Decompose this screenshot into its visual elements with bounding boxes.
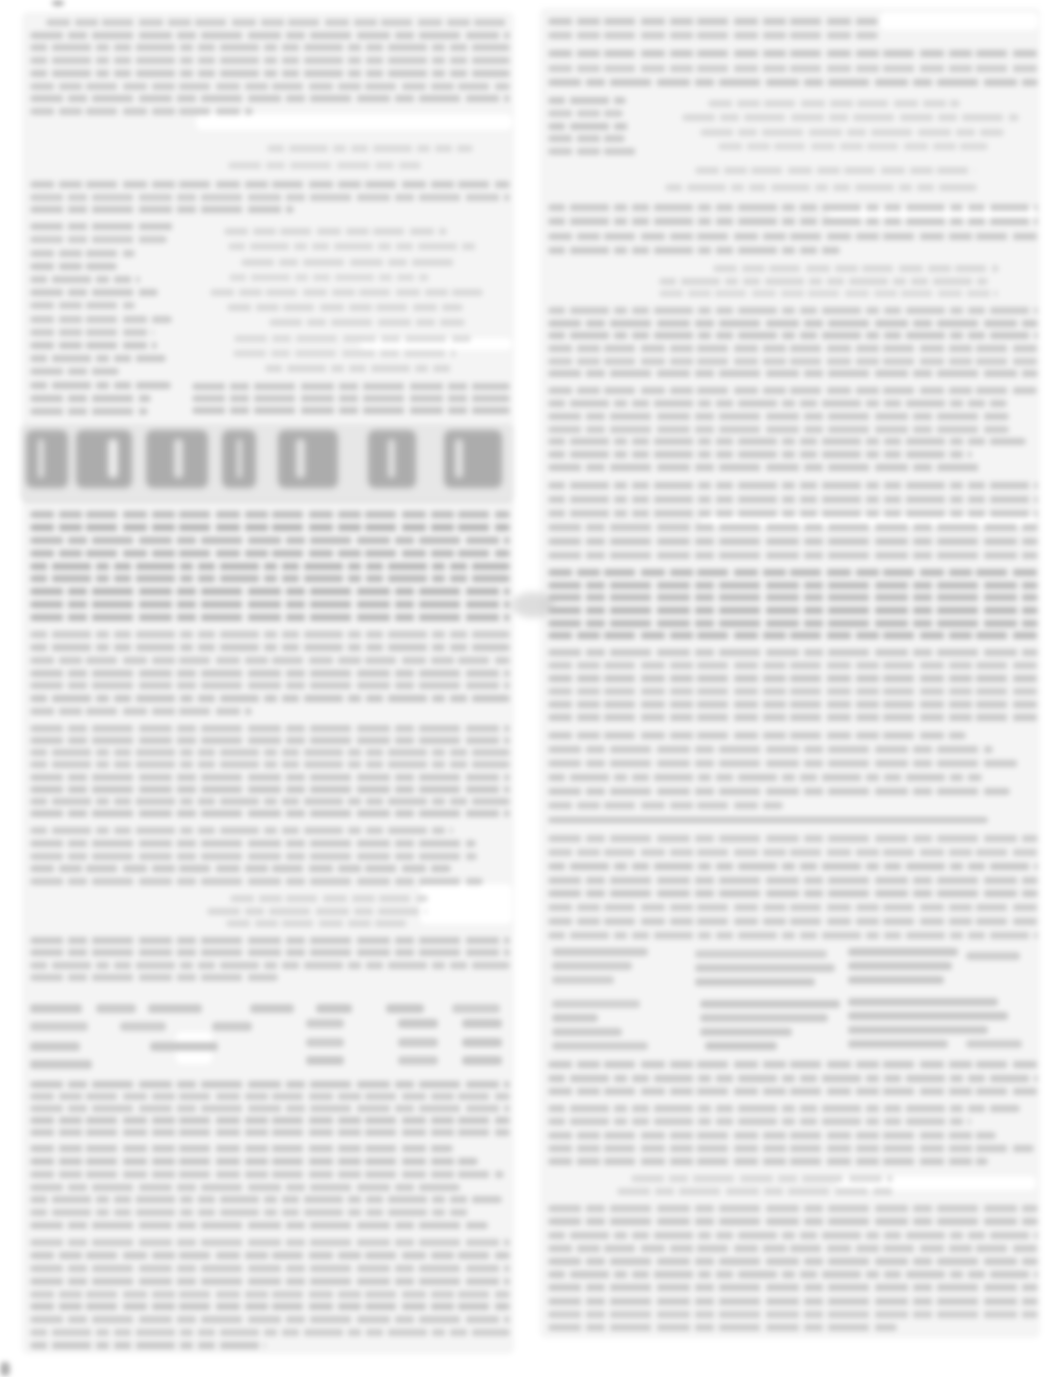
- text-line: [30, 1081, 510, 1088]
- text-line: [548, 135, 625, 142]
- title-glyph: [146, 430, 208, 488]
- right-paragraph-1: [548, 14, 878, 42]
- ink-smudge: [512, 592, 554, 618]
- table-token: [398, 1019, 438, 1028]
- text-line: [30, 974, 278, 981]
- title-glyph-notch: [237, 439, 242, 478]
- table-token: [306, 1038, 344, 1047]
- text-line: [548, 370, 1038, 377]
- text-line: [30, 949, 510, 956]
- left-paragraph-3: [192, 380, 510, 416]
- text-line: [230, 895, 428, 902]
- text-line: [192, 383, 510, 390]
- text-line: [30, 1184, 460, 1191]
- text-line: [548, 890, 1038, 897]
- text-line: [548, 332, 1038, 339]
- text-line: [30, 342, 157, 349]
- table-token: [462, 1056, 502, 1065]
- text-line: [30, 749, 510, 756]
- text-line: [30, 761, 510, 768]
- text-line: [548, 863, 1038, 870]
- text-line: [30, 1117, 510, 1124]
- text-line: [548, 1132, 996, 1139]
- text-line: [548, 18, 878, 25]
- text-line: [548, 413, 1009, 420]
- text-line: [46, 19, 510, 26]
- text-line: [269, 319, 466, 326]
- text-line: [234, 335, 470, 342]
- text-line: [548, 1061, 1038, 1068]
- scanned-page: [0, 0, 1062, 1377]
- text-line: [30, 682, 510, 689]
- text-line: [30, 774, 510, 781]
- text-line: [30, 181, 510, 188]
- text-line: [548, 387, 1037, 394]
- table-token: [695, 978, 815, 986]
- text-line: [30, 550, 510, 557]
- text-line: [708, 100, 961, 107]
- table-token: [30, 1022, 88, 1031]
- text-line: [30, 206, 294, 213]
- text-line: [30, 563, 510, 570]
- text-line: [30, 865, 451, 872]
- text-line: [548, 594, 1038, 601]
- text-line: [695, 167, 976, 174]
- text-line: [548, 620, 1038, 627]
- text-line: [548, 688, 1038, 695]
- text-line: [30, 827, 453, 834]
- text-line: [241, 259, 455, 266]
- text-line: [548, 714, 1038, 721]
- text-line: [548, 760, 1018, 767]
- text-line: [548, 607, 1038, 614]
- text-line: [548, 662, 1038, 669]
- right-paragraph-3: [548, 200, 1038, 258]
- table-token: [552, 962, 632, 970]
- table-token: [695, 964, 835, 972]
- right-paragraph-2: [548, 46, 1038, 90]
- text-line: [30, 737, 510, 744]
- text-line: [548, 788, 1010, 795]
- text-line: [30, 1171, 504, 1178]
- table-token: [30, 1042, 80, 1051]
- right-heading-rule: [548, 817, 988, 823]
- text-line: [30, 32, 510, 39]
- left-quote-3: [200, 892, 440, 930]
- text-line: [659, 278, 988, 285]
- text-line: [265, 365, 454, 372]
- text-line: [30, 1342, 266, 1349]
- table-token: [700, 1000, 840, 1008]
- table-token: [700, 1028, 792, 1036]
- left-quote-2: [192, 224, 492, 376]
- text-line: [548, 802, 783, 809]
- text-line: [233, 350, 456, 357]
- text-line: [548, 400, 1007, 407]
- text-line: [665, 184, 977, 191]
- text-line: [30, 695, 510, 702]
- text-line: [192, 407, 510, 414]
- table-token: [695, 950, 827, 958]
- text-line: [548, 632, 1038, 639]
- text-line: [30, 840, 476, 847]
- right-quote-2: [640, 162, 1020, 196]
- right-paragraph-11: [548, 1058, 1038, 1098]
- title-glyph: [76, 430, 132, 488]
- text-line: [548, 701, 1038, 708]
- table-token: [966, 1040, 1022, 1048]
- text-line: [30, 1278, 510, 1285]
- text-line: [30, 511, 510, 518]
- text-line: [659, 290, 998, 297]
- text-line: [30, 382, 171, 389]
- text-line: [548, 1245, 1038, 1252]
- edge-speck: [52, 0, 64, 6]
- text-line: [548, 123, 632, 130]
- right-quote-4: [600, 1172, 910, 1198]
- text-line: [30, 962, 510, 969]
- text-line: [548, 1298, 1038, 1305]
- text-line: [30, 1209, 471, 1216]
- text-line: [548, 345, 1038, 352]
- text-line: [548, 1258, 1038, 1265]
- text-line: [30, 70, 510, 77]
- table-token: [148, 1004, 202, 1013]
- table-token: [398, 1056, 438, 1065]
- text-line: [267, 145, 472, 152]
- table-token: [250, 1004, 294, 1013]
- text-line: [30, 798, 510, 805]
- text-line: [548, 849, 1038, 856]
- title-glyph-notch: [38, 439, 44, 478]
- table-token: [848, 1026, 988, 1034]
- text-line: [548, 510, 1038, 517]
- text-line: [718, 143, 988, 150]
- title-glyph: [368, 430, 416, 488]
- table-token: [848, 1040, 948, 1048]
- title-glyph-notch: [296, 439, 304, 478]
- table-token: [848, 998, 998, 1006]
- text-line: [548, 307, 1038, 314]
- text-line: [30, 276, 140, 283]
- left-paragraph-9: [30, 1078, 510, 1138]
- text-line: [207, 908, 427, 915]
- text-line: [548, 218, 1038, 225]
- left-paragraph-2: [30, 178, 510, 216]
- text-line: [30, 1291, 510, 1298]
- text-line: [30, 708, 252, 715]
- text-line: [548, 1205, 1038, 1212]
- text-line: [30, 725, 510, 732]
- text-line: [548, 451, 972, 458]
- text-line: [30, 95, 510, 102]
- left-quote-1: [190, 140, 500, 174]
- title-glyph: [222, 430, 256, 488]
- text-line: [228, 243, 479, 250]
- text-line: [30, 1303, 510, 1310]
- title-glyph: [444, 430, 502, 488]
- text-line: [30, 316, 172, 323]
- text-line: [548, 247, 840, 254]
- table-token: [552, 1028, 622, 1036]
- left-paragraph-7: [30, 824, 510, 888]
- text-line: [548, 482, 1038, 489]
- right-paragraph-10: [548, 832, 1038, 942]
- right-paragraph-4: [548, 304, 1038, 380]
- text-line: [617, 1188, 895, 1195]
- text-line: [30, 108, 253, 115]
- text-line: [30, 601, 510, 608]
- text-line: [30, 355, 166, 362]
- table-token: [848, 962, 952, 970]
- text-line: [226, 920, 407, 927]
- text-line: [548, 496, 1038, 503]
- text-line: [30, 810, 510, 817]
- text-line: [548, 1232, 1038, 1239]
- table-token: [848, 948, 958, 956]
- text-line: [548, 464, 982, 471]
- text-line: [548, 649, 1038, 656]
- text-line: [548, 79, 1038, 86]
- text-line: [548, 65, 1038, 72]
- text-line: [548, 877, 1038, 884]
- table-token: [462, 1038, 502, 1047]
- text-line: [30, 657, 510, 664]
- text-line: [548, 918, 1038, 925]
- text-line: [30, 395, 151, 402]
- text-line: [713, 265, 999, 272]
- text-line: [548, 438, 1026, 445]
- title-glyph-notch: [455, 439, 463, 478]
- masthead-rule: [24, 500, 512, 503]
- right-paragraph-13: [548, 1202, 1038, 1334]
- text-line: [548, 1324, 897, 1331]
- text-line: [548, 110, 623, 117]
- white-patch: [880, 12, 1038, 30]
- table-token: [386, 1004, 424, 1013]
- table-token: [212, 1022, 252, 1031]
- text-line: [548, 774, 982, 781]
- left-paragraph-5: [30, 628, 510, 718]
- text-line: [30, 631, 510, 638]
- left-paragraph-11: [30, 1236, 510, 1352]
- table-token: [966, 952, 1020, 960]
- text-line: [548, 1088, 1038, 1095]
- table-token: [96, 1004, 136, 1013]
- text-line: [30, 1196, 502, 1203]
- left-paragraph-8: [30, 934, 510, 984]
- text-line: [548, 1158, 988, 1165]
- edge-speck: [0, 1362, 10, 1376]
- text-line: [548, 1271, 1038, 1278]
- text-line: [30, 670, 510, 677]
- title-glyph: [278, 430, 338, 488]
- text-line: [548, 932, 1038, 939]
- text-line: [700, 129, 1004, 136]
- table-token: [552, 948, 648, 956]
- table-token: [552, 1042, 648, 1050]
- right-paragraph-5: [548, 384, 1038, 474]
- text-line: [30, 1316, 510, 1323]
- text-line: [548, 1105, 1020, 1112]
- table-token: [552, 1014, 598, 1022]
- text-line: [548, 320, 1038, 327]
- text-line: [548, 538, 1038, 545]
- left-paragraph-6: [30, 722, 510, 820]
- left-paragraph-1: [30, 16, 510, 118]
- text-line: [30, 937, 510, 944]
- text-line: [30, 537, 510, 544]
- text-line: [30, 289, 158, 296]
- text-line: [30, 368, 119, 375]
- text-line: [30, 408, 148, 415]
- text-line: [30, 524, 510, 531]
- text-line: [30, 329, 154, 336]
- text-line: [30, 44, 510, 51]
- text-line: [548, 50, 1038, 57]
- table-token: [848, 1012, 1008, 1020]
- text-line: [30, 250, 135, 257]
- text-line: [548, 1145, 1034, 1152]
- text-line: [548, 1118, 971, 1125]
- title-glyph: [26, 430, 68, 488]
- text-line: [548, 358, 1038, 365]
- right-paragraph-9: [548, 728, 1038, 812]
- table-token: [398, 1038, 438, 1047]
- text-line: [548, 1284, 1038, 1291]
- text-line: [682, 114, 1020, 121]
- right-paragraph-12: [548, 1102, 1038, 1168]
- table-token: [30, 1060, 92, 1069]
- text-line: [631, 1175, 892, 1182]
- right-paragraph-8: [548, 646, 1038, 724]
- text-line: [30, 83, 510, 90]
- table-token: [452, 1004, 500, 1013]
- text-line: [548, 1075, 1038, 1082]
- table-token: [700, 1014, 828, 1022]
- text-line: [548, 233, 1038, 240]
- text-line: [548, 732, 966, 739]
- text-line: [30, 1329, 510, 1336]
- text-line: [30, 1265, 510, 1272]
- text-line: [228, 162, 421, 169]
- text-line: [548, 148, 641, 155]
- text-line: [548, 204, 1038, 211]
- text-line: [548, 97, 626, 104]
- table-token: [30, 1004, 82, 1013]
- text-line: [30, 1105, 510, 1112]
- text-line: [30, 614, 510, 621]
- text-line: [548, 426, 1009, 433]
- table-token: [552, 1000, 640, 1008]
- text-line: [548, 582, 1038, 589]
- text-line: [30, 263, 117, 270]
- table-token: [316, 1004, 352, 1013]
- table-token: [552, 976, 614, 984]
- text-line: [30, 194, 510, 201]
- right-paragraph-6: [548, 478, 1038, 562]
- text-line: [548, 904, 1038, 911]
- table-token: [848, 976, 944, 984]
- text-line: [224, 228, 448, 235]
- right-quote-1: [652, 96, 1036, 154]
- text-line: [548, 835, 1038, 842]
- text-line: [30, 575, 510, 582]
- text-line: [548, 552, 1038, 559]
- table-token: [120, 1022, 166, 1031]
- table-token: [705, 1042, 777, 1050]
- text-line: [30, 236, 167, 243]
- text-line: [30, 1093, 510, 1100]
- text-line: [548, 1218, 1038, 1225]
- title-glyph-notch: [388, 439, 395, 478]
- text-line: [227, 304, 463, 311]
- title-glyph-notch: [110, 439, 118, 478]
- text-line: [30, 1239, 510, 1246]
- text-line: [30, 1145, 453, 1152]
- text-line: [30, 1252, 510, 1259]
- text-line: [210, 289, 483, 296]
- left-paragraph-4: [30, 508, 510, 624]
- text-line: [30, 878, 483, 885]
- title-glyph-notch: [174, 439, 183, 478]
- right-quote-3: [628, 262, 1032, 300]
- text-line: [192, 395, 510, 402]
- text-line: [548, 32, 878, 39]
- table-token: [306, 1056, 344, 1065]
- text-line: [30, 1222, 488, 1229]
- right-paragraph-7: [548, 566, 1038, 642]
- text-line: [548, 524, 1038, 531]
- table-token: [150, 1042, 218, 1051]
- left-list-stub: [30, 220, 178, 418]
- text-line: [548, 675, 1038, 682]
- text-line: [30, 302, 135, 309]
- text-line: [30, 786, 510, 793]
- text-line: [30, 644, 510, 651]
- text-line: [30, 1158, 478, 1165]
- text-line: [548, 746, 993, 753]
- text-line: [30, 223, 176, 230]
- table-token: [462, 1019, 502, 1028]
- text-line: [229, 274, 430, 281]
- table-token: [306, 1019, 344, 1028]
- left-paragraph-10: [30, 1142, 510, 1232]
- right-list-stub: [548, 94, 644, 158]
- text-line: [30, 57, 510, 64]
- text-line: [548, 569, 1038, 576]
- text-line: [30, 1129, 510, 1136]
- text-line: [548, 1311, 1038, 1318]
- text-line: [30, 853, 477, 860]
- text-line: [30, 588, 510, 595]
